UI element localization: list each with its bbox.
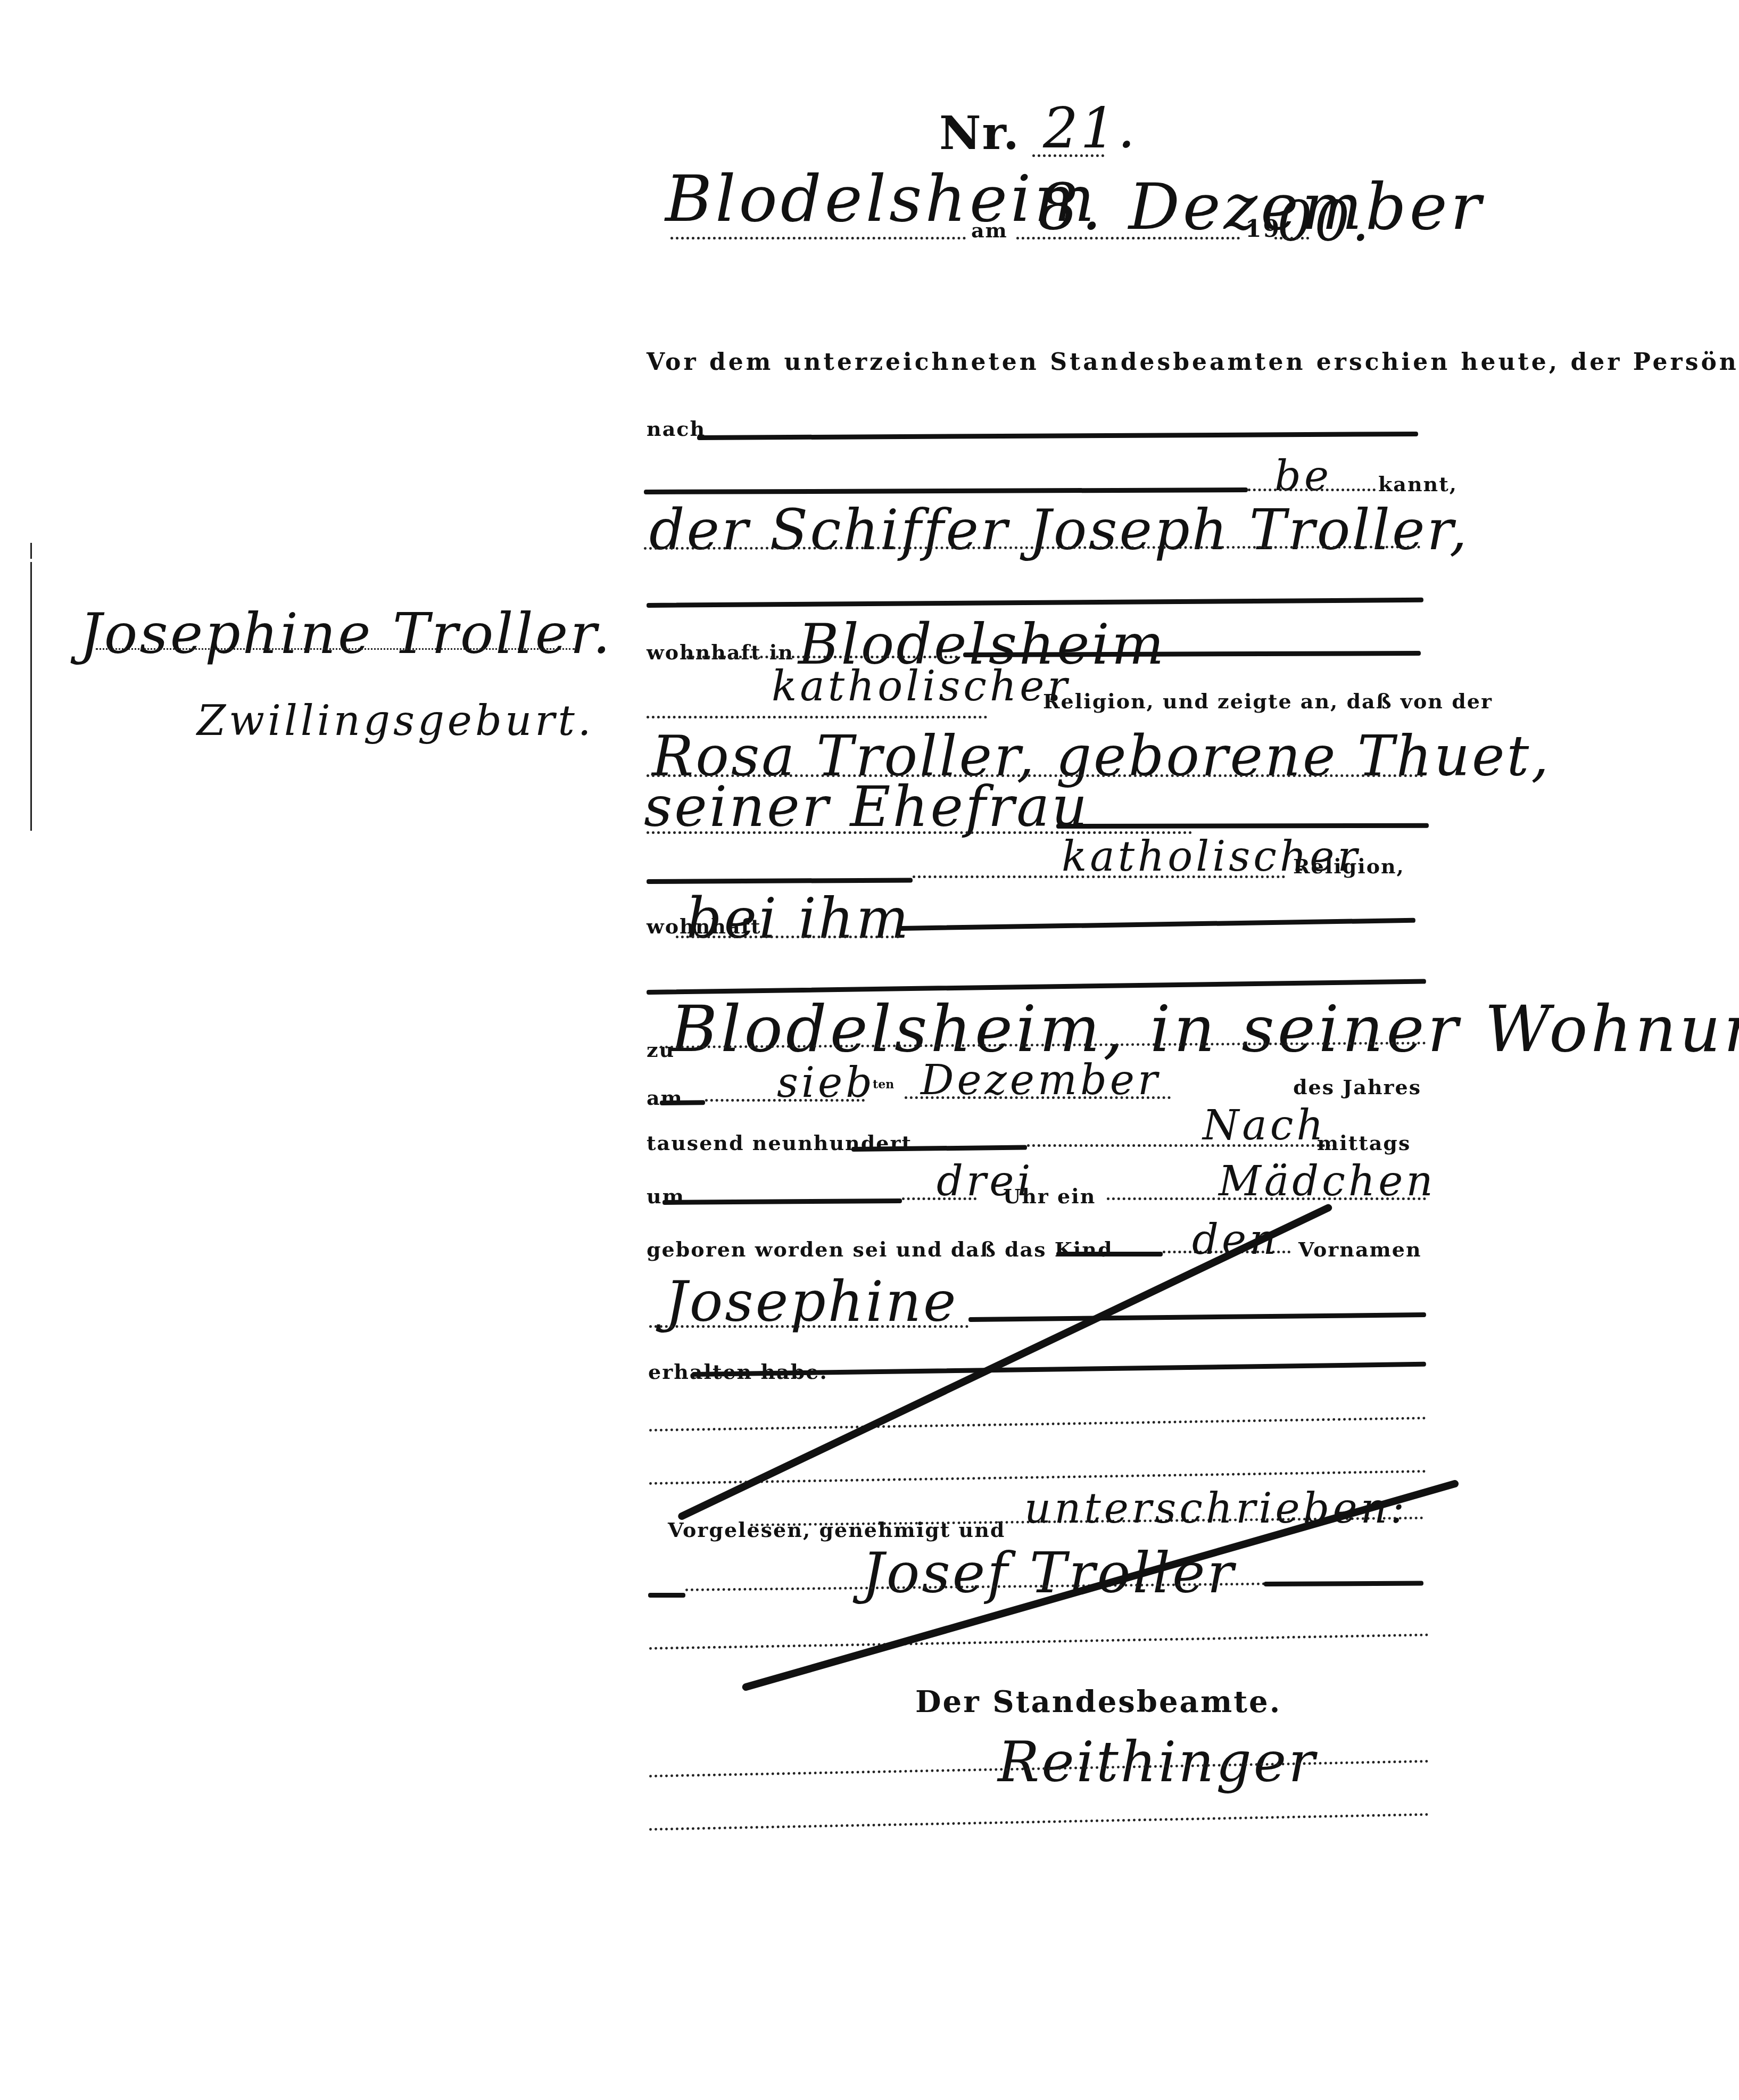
child-name-line (968, 1312, 1426, 1322)
mother-religion-dotted (913, 875, 1285, 878)
time-of-day: Nach (1203, 1102, 1327, 1150)
mother-residence-line (899, 918, 1415, 931)
residence-dotted (686, 656, 958, 658)
uhr-ein-label: Uhr ein (1003, 1184, 1096, 1208)
bekannt-prefix: be (1274, 452, 1332, 500)
religion-label: Religion, (1293, 854, 1405, 878)
place-line (670, 237, 966, 239)
informant-name: der Schiffer Joseph Troller, (649, 498, 1469, 563)
margin-note-name: Josephine Troller. (80, 601, 612, 666)
birth-place: Blodelsheim, in seiner Wohnung (670, 993, 1739, 1066)
informant-religion: katholischer (772, 663, 1071, 710)
geboren-label: geboren worden sei und daß das Kind (647, 1237, 1113, 1261)
blank-line-3 (649, 1633, 1429, 1650)
mother-religion-line (647, 878, 913, 884)
child-name-dotted (649, 1325, 968, 1328)
vornamen-label: Vornamen (1298, 1237, 1422, 1261)
date-line (1016, 237, 1240, 239)
des-jahres-label: des Jahres (1293, 1075, 1421, 1099)
hour-line-solid (663, 1198, 902, 1205)
mittags-label: mittags (1317, 1131, 1411, 1155)
nach-line (697, 432, 1418, 440)
unterschrieben-text: unterschrieben: (1024, 1485, 1407, 1533)
bekannt-line (644, 487, 1248, 494)
residence-line-solid (963, 651, 1421, 657)
informant-line-2 (647, 598, 1423, 608)
date-connector: am (971, 218, 1008, 242)
am-label: am (647, 1086, 683, 1110)
religion-dotted (647, 716, 987, 718)
wohnhaft-in-label: wohnhaft in (647, 640, 794, 664)
birth-day-suffix: ten (873, 1078, 894, 1092)
signature-line-left (648, 1593, 685, 1598)
entry-number-line (1032, 154, 1104, 157)
margin-rule (30, 543, 32, 559)
registration-year-suffix: 00. (1277, 189, 1371, 254)
child-sex: Mädchen (1219, 1158, 1436, 1205)
margin-rule (30, 562, 32, 831)
intro-text: Vor dem unterzeichneten Standesbeamten e… (647, 349, 1739, 376)
religion-reported-text: Religion, und zeigte an, daß von der (1043, 689, 1493, 713)
margin-note-underline (96, 648, 575, 650)
blank-line-1 (649, 1417, 1426, 1432)
year-line (1274, 237, 1309, 239)
margin-note-remark: Zwillingsgeburt. (197, 697, 594, 745)
mother-relation: seiner Ehefrau (644, 774, 1089, 839)
registration-place: Blodelsheim (665, 162, 1098, 236)
child-name: Josephine (665, 1269, 958, 1334)
kind-line-solid (1056, 1252, 1163, 1256)
bekannt-dotted (1248, 489, 1376, 491)
entry-number-label: Nr. (939, 106, 1020, 160)
day-line (660, 1100, 705, 1105)
registrar-title: Der Standesbeamte. (915, 1684, 1281, 1719)
month-dotted (905, 1096, 1171, 1099)
signature-line-right (1264, 1581, 1423, 1586)
mother-residence: bei ihm (686, 886, 910, 951)
entry-number-value: 21. (1043, 96, 1137, 161)
registrar-signature: Reithinger (998, 1730, 1317, 1795)
birth-day: sieb (777, 1059, 875, 1107)
mother-residence-dotted (676, 936, 899, 938)
bekannt-suffix: kannt, (1378, 472, 1458, 496)
final-line (649, 1813, 1429, 1831)
relation-line (1056, 823, 1429, 829)
